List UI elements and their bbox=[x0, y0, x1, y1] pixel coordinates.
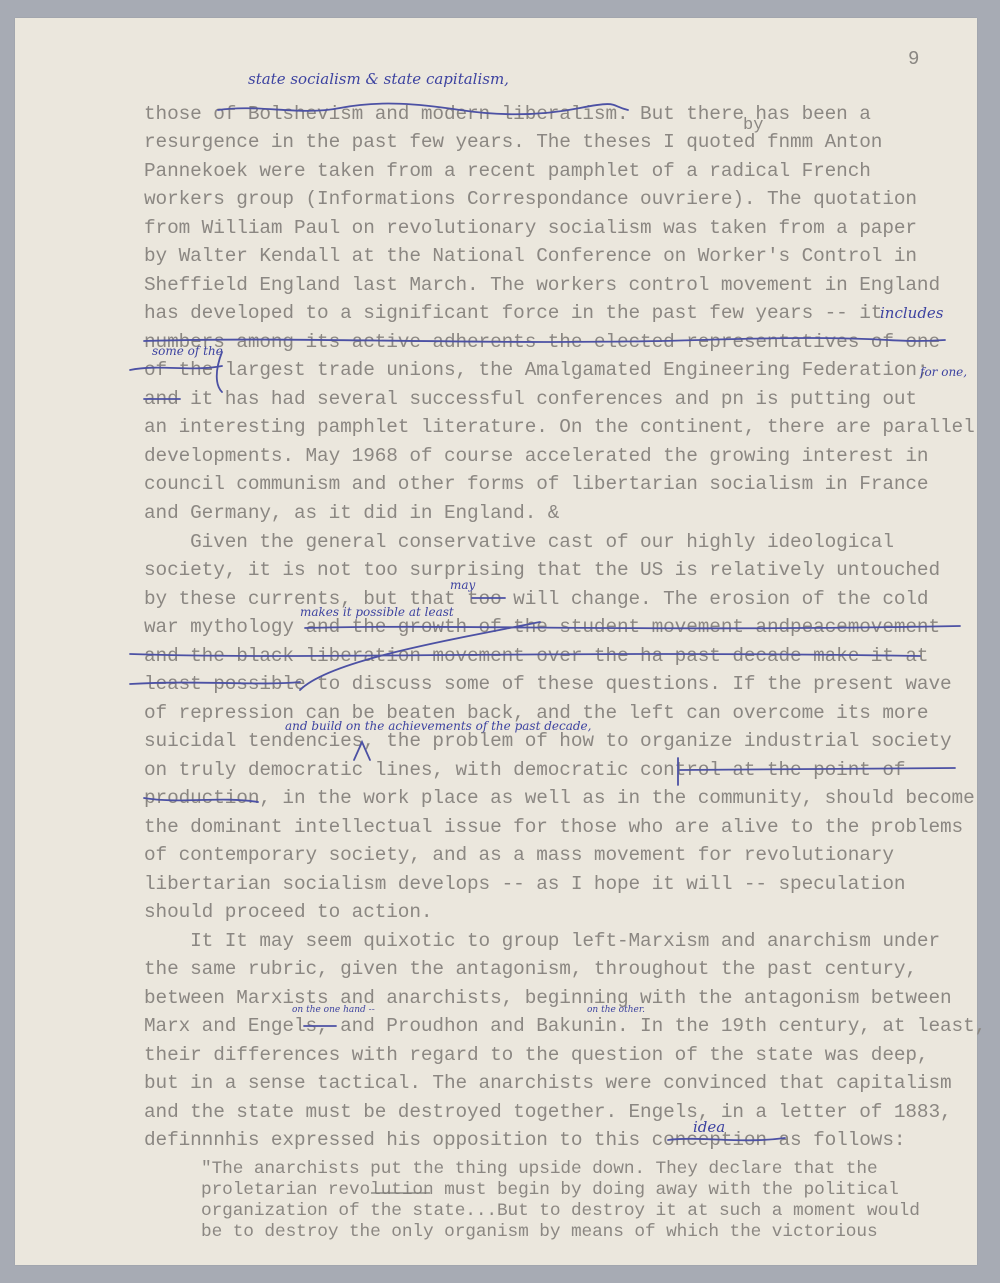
typed-line: resurgence in the past few years. The th… bbox=[144, 131, 882, 153]
typed-line: numbers among its active adherents the e… bbox=[144, 331, 940, 353]
handwritten-note: and build on the achievements of the pas… bbox=[285, 719, 591, 733]
typed-line: Given the general conservative cast of o… bbox=[144, 531, 894, 553]
typed-line: Sheffield England last March. The worker… bbox=[144, 274, 940, 296]
typed-line: definnnhis expressed his opposition to t… bbox=[144, 1129, 905, 1151]
typed-line: the same rubric, given the antagonism, t… bbox=[144, 958, 917, 980]
typed-line: has developed to a significant force in … bbox=[144, 302, 882, 324]
typed-line: and it has had several successful confer… bbox=[144, 388, 917, 410]
handwritten-note: idea bbox=[693, 1118, 725, 1136]
typed-line: suicidal tendencies, the problem of how … bbox=[144, 730, 952, 752]
quote-line: organization of the state...But to destr… bbox=[201, 1201, 920, 1221]
handwritten-note: includes bbox=[880, 304, 944, 322]
typed-line: an interesting pamphlet literature. On t… bbox=[144, 416, 975, 438]
quote-line: be to destroy the only organism by means… bbox=[201, 1222, 878, 1242]
typed-line: between Marxists and anarchists, beginni… bbox=[144, 987, 952, 1009]
typed-line: society, it is not too surprising that t… bbox=[144, 559, 940, 581]
handwritten-note: may bbox=[450, 578, 475, 592]
typed-line: war mythology and the growth of the stud… bbox=[144, 616, 940, 638]
typed-line: least possible to discuss some of these … bbox=[144, 673, 952, 695]
typed-line: workers group (Informations Correspondan… bbox=[144, 188, 917, 210]
typed-line: on truly democratic lines, with democrat… bbox=[144, 759, 905, 781]
typed-line: It It may seem quixotic to group left-Ma… bbox=[144, 930, 940, 952]
handwritten-note: for one, bbox=[920, 365, 967, 379]
typed-line: libertarian socialism develops -- as I h… bbox=[144, 873, 905, 895]
page-number: 9 bbox=[908, 48, 919, 70]
typed-line: by Walter Kendall at the National Confer… bbox=[144, 245, 917, 267]
typed-line: their differences with regard to the que… bbox=[144, 1044, 928, 1066]
typed-line: of contemporary society, and as a mass m… bbox=[144, 844, 894, 866]
typed-line: developments. May 1968 of course acceler… bbox=[144, 445, 928, 467]
handwritten-note: on the one hand -- bbox=[292, 1005, 375, 1015]
handwritten-note: state socialism & state capitalism, bbox=[248, 70, 509, 88]
typed-line: and Germany, as it did in England. & bbox=[144, 502, 559, 524]
typed-line: Marx and Engels, and Proudhon and Bakuni… bbox=[144, 1015, 986, 1037]
typed-line: should proceed to action. bbox=[144, 901, 432, 923]
handwritten-note: some of the bbox=[152, 344, 223, 358]
typed-line: and the state must be destroyed together… bbox=[144, 1101, 952, 1123]
quote-line: proletarian revolution must begin by doi… bbox=[201, 1180, 899, 1200]
quote-line: "The anarchists put the thing upside dow… bbox=[201, 1159, 878, 1179]
typed-line: production, in the work place as well as… bbox=[144, 787, 975, 809]
typed-line: the dominant intellectual issue for thos… bbox=[144, 816, 963, 838]
handwritten-note: makes it possible at least bbox=[300, 605, 454, 619]
typed-line: by these currents, but that too will cha… bbox=[144, 588, 928, 610]
typed-line: from William Paul on revolutionary socia… bbox=[144, 217, 917, 239]
handwritten-note: on the other. bbox=[587, 1005, 645, 1015]
typed-line: but in a sense tactical. The anarchists … bbox=[144, 1072, 952, 1094]
typed-line: and the black liberation movement over t… bbox=[144, 645, 928, 667]
handwritten-note: by bbox=[743, 116, 763, 135]
typed-line: council communism and other forms of lib… bbox=[144, 473, 928, 495]
typed-line: Pannekoek were taken from a recent pamph… bbox=[144, 160, 871, 182]
typed-line: of the largest trade unions, the Amalgam… bbox=[144, 359, 928, 381]
